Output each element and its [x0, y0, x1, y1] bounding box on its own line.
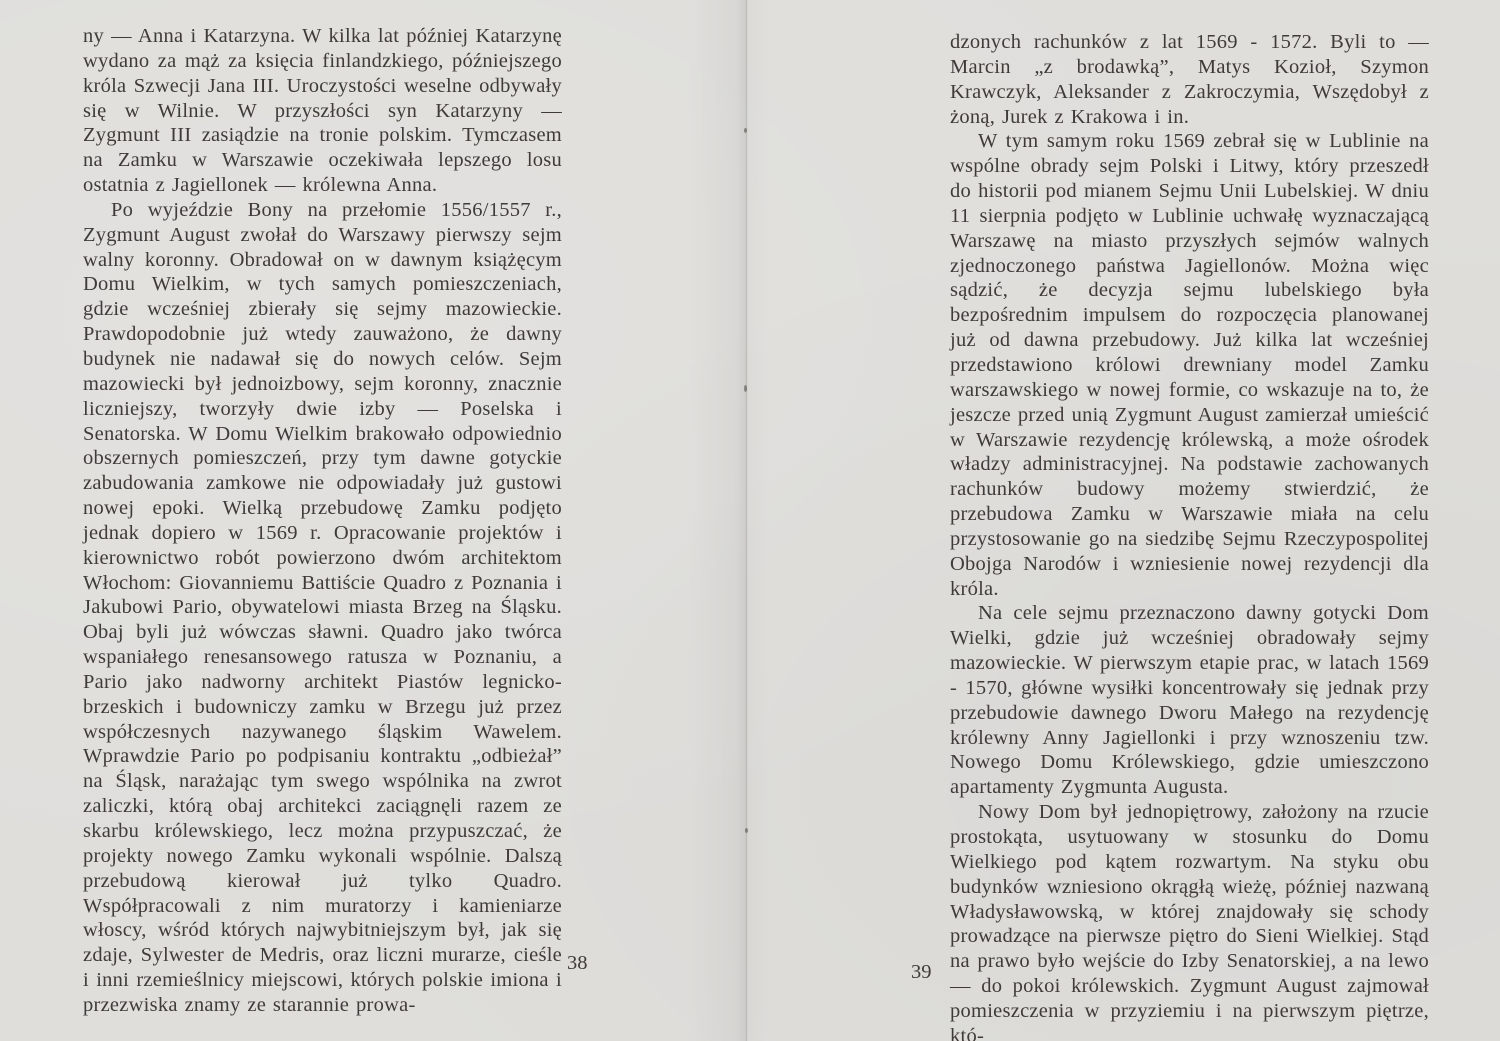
- gutter-speck: [744, 128, 747, 133]
- book-spread-scan: ny — Anna i Katarzyna. W kilka lat późni…: [0, 0, 1500, 1041]
- gutter-speck: [744, 385, 747, 392]
- right-page-text-block: dzonych rachunków z lat 1569 - 1572. Byl…: [950, 30, 1429, 1041]
- page-paragraph: dzonych rachunków z lat 1569 - 1572. Byl…: [950, 30, 1429, 129]
- page-paragraph: W tym samym roku 1569 zebrał się w Lubli…: [950, 129, 1429, 601]
- gutter-speck: [745, 828, 748, 833]
- left-page-text-block: ny — Anna i Katarzyna. W kilka lat późni…: [83, 24, 562, 1018]
- page-paragraph: Na cele sejmu przeznaczono dawny gotycki…: [950, 601, 1429, 800]
- page-number: 38: [567, 952, 588, 975]
- page-paragraph: ny — Anna i Katarzyna. W kilka lat późni…: [83, 24, 562, 198]
- page-paragraph: Nowy Dom był jednopiętrowy, założony na …: [950, 800, 1429, 1041]
- book-gutter-shadow: [686, 0, 806, 1041]
- page-paragraph: Po wyjeździe Bony na przełomie 1556/1557…: [83, 198, 562, 1018]
- page-number: 39: [911, 961, 932, 984]
